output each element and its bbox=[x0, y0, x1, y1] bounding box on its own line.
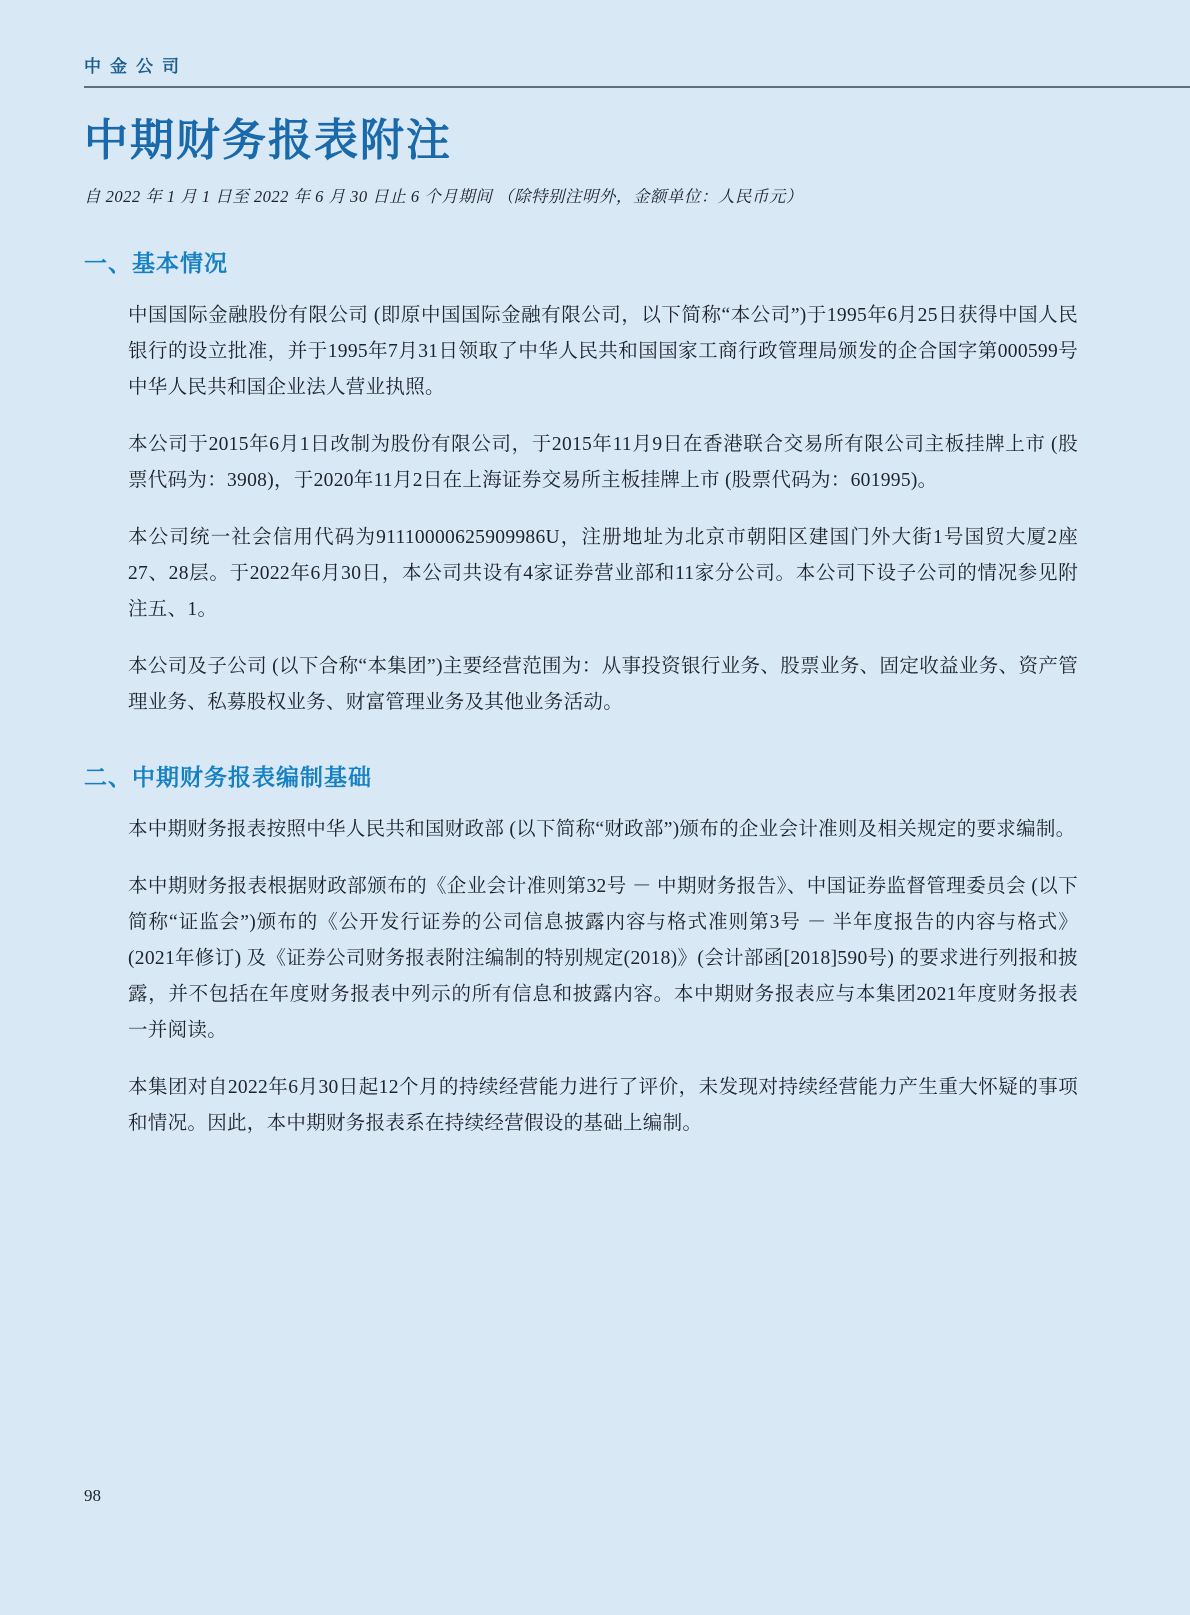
section-heading-basic-information: 一、基本情况 bbox=[84, 245, 1106, 278]
paragraph: 本公司统一社会信用代码为91110000625909986U，注册地址为北京市朝… bbox=[128, 520, 1078, 628]
paragraph: 本中期财务报表按照中华人民共和国财政部 (以下简称“财政部”)颁布的企业会计准则… bbox=[128, 812, 1078, 848]
paragraph: 本中期财务报表根据财政部颁布的《企业会计准则第32号 － 中期财务报告》、中国证… bbox=[128, 869, 1078, 1049]
section-heading-preparation-basis: 二、中期财务报表编制基础 bbox=[84, 759, 1106, 792]
section-basic-information: 一、基本情况 中国国际金融股份有限公司 (即原中国国际金融有限公司，以下简称“本… bbox=[0, 245, 1190, 721]
report-page: 中金公司 中期财务报表附注 自 2022 年 1 月 1 日至 2022 年 6… bbox=[0, 0, 1190, 1615]
paragraph: 中国国际金融股份有限公司 (即原中国国际金融有限公司，以下简称“本公司”)于19… bbox=[128, 298, 1078, 406]
paragraph: 本公司于2015年6月1日改制为股份有限公司，于2015年11月9日在香港联合交… bbox=[128, 427, 1078, 499]
section-preparation-basis: 二、中期财务报表编制基础 本中期财务报表按照中华人民共和国财政部 (以下简称“财… bbox=[0, 759, 1190, 1142]
page-subtitle: 自 2022 年 1 月 1 日至 2022 年 6 月 30 日止 6 个月期… bbox=[84, 183, 1106, 207]
page-title: 中期财务报表附注 bbox=[84, 116, 1106, 167]
page-header: 中金公司 bbox=[0, 52, 1190, 88]
paragraph: 本集团对自2022年6月30日起12个月的持续经营能力进行了评价，未发现对持续经… bbox=[128, 1070, 1078, 1142]
header-divider bbox=[84, 86, 1190, 88]
paragraph: 本公司及子公司 (以下合称“本集团”)主要经营范围为：从事投资银行业务、股票业务… bbox=[128, 649, 1078, 721]
brand-logo-text: 中金公司 bbox=[84, 52, 1190, 77]
page-number: 98 bbox=[84, 1486, 101, 1506]
